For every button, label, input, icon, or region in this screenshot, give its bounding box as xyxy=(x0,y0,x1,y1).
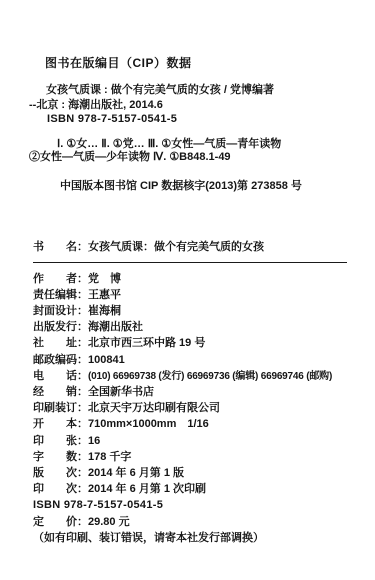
field-value: 海潮出版社 xyxy=(88,319,143,335)
field-label: 印刷装订： xyxy=(33,400,88,416)
colophon-row-price: 定 价：29.80 元 xyxy=(33,514,347,530)
field-label: 印 次： xyxy=(33,481,88,497)
divider-rule xyxy=(33,262,347,263)
field-value: 2014 年 6 月第 1 版 xyxy=(88,465,184,481)
field-label: 印 张： xyxy=(33,433,88,449)
colophon-row-printing-binding: 印刷装订：北京天宇万达印刷有限公司 xyxy=(33,400,347,416)
cip-isbn-line: ISBN 978-7-5157-0541-5 xyxy=(47,112,347,127)
colophon-row-cover-design: 封面设计：崔海桐 xyxy=(33,303,347,319)
field-label: 责任编辑： xyxy=(33,287,88,303)
isbn-line: ISBN 978-7-5157-0541-5 xyxy=(33,497,347,513)
field-value: 2014 年 6 月第 1 次印刷 xyxy=(88,481,206,497)
colophon-row-telephone: 电 话：(010) 66969738 (发行) 66969736 (编辑) 66… xyxy=(33,368,347,384)
cip-classification: Ⅰ. ①女… Ⅱ. ①党… Ⅲ. ①女性—气质—青年读物 ②女性—气质—少年读物… xyxy=(33,138,347,164)
field-label: 开 本： xyxy=(33,416,88,432)
colophon-row-sheets: 印 张：16 xyxy=(33,433,347,449)
field-value: 王惠平 xyxy=(88,287,121,303)
cip-description: 女孩气质课 : 做个有完美气质的女孩 / 党博编著 --北京 : 海潮出版社, … xyxy=(33,83,347,127)
field-value: 女孩气质课：做个有完美气质的女孩 xyxy=(88,239,264,255)
field-label: 作 者： xyxy=(33,271,88,287)
cip-header: 图书在版编目（CIP）数据 xyxy=(45,54,347,71)
colophon-row-publisher: 出版发行：海潮出版社 xyxy=(33,319,347,335)
colophon-row-format: 开 本：710mm×1000mm 1/16 xyxy=(33,416,347,432)
colophon-row-distribution: 经 销：全国新华书店 xyxy=(33,384,347,400)
colophon-row-address: 社 址：北京市西三环中路 19 号 xyxy=(33,335,347,351)
field-label: 邮政编码： xyxy=(33,352,88,368)
colophon-row-postcode: 邮政编码：100841 xyxy=(33,352,347,368)
field-value: 全国新华书店 xyxy=(88,384,154,400)
colophon-rows: 作 者：党 博 责任编辑：王惠平 封面设计：崔海桐 出版发行：海潮出版社 社 址… xyxy=(33,271,347,546)
field-value: 710mm×1000mm 1/16 xyxy=(88,416,209,432)
field-label: 定 价： xyxy=(33,514,88,530)
field-value: 100841 xyxy=(88,352,125,368)
field-value: 16 xyxy=(88,433,100,449)
colophon-row-author: 作 者：党 博 xyxy=(33,271,347,287)
field-label: 经 销： xyxy=(33,384,88,400)
field-label: 版 次： xyxy=(33,465,88,481)
field-label: 字 数： xyxy=(33,449,88,465)
cip-classification-line-1: Ⅰ. ①女… Ⅱ. ①党… Ⅲ. ①女性—气质—青年读物 xyxy=(57,138,347,151)
book-title-row: 书 名：女孩气质课：做个有完美气质的女孩 xyxy=(33,239,347,255)
cip-title-line: 女孩气质课 : 做个有完美气质的女孩 / 党博编著 xyxy=(46,83,347,98)
field-value: 北京天宇万达印刷有限公司 xyxy=(88,400,220,416)
colophon-row-edition: 版 次：2014 年 6 月第 1 版 xyxy=(33,465,347,481)
field-value: (010) 66969738 (发行) 66969736 (编辑) 669697… xyxy=(88,369,332,385)
colophon-row-editor: 责任编辑：王惠平 xyxy=(33,287,347,303)
field-value: 崔海桐 xyxy=(88,303,121,319)
field-value: 29.80 元 xyxy=(88,514,130,530)
cip-record-number: 中国版本图书馆 CIP 数据核字(2013)第 273858 号 xyxy=(60,177,347,193)
exchange-note: （如有印刷、装订错误，请寄本社发行部调换） xyxy=(33,530,347,546)
colophon-row-word-count: 字 数：178 千字 xyxy=(33,449,347,465)
cip-publisher-line: --北京 : 海潮出版社, 2014.6 xyxy=(29,98,347,113)
field-label: 封面设计： xyxy=(33,303,88,319)
field-label: 电 话： xyxy=(33,368,88,384)
field-value: 178 千字 xyxy=(88,449,131,465)
field-label: 社 址： xyxy=(33,335,88,351)
page-content: 图书在版编目（CIP）数据 女孩气质课 : 做个有完美气质的女孩 / 党博编著 … xyxy=(33,54,347,546)
field-value: 党 博 xyxy=(88,271,121,287)
field-value: 北京市西三环中路 19 号 xyxy=(88,335,205,351)
cip-classification-line-2: ②女性—气质—少年读物 Ⅳ. ①B848.1-49 xyxy=(29,151,347,164)
colophon-row-impression: 印 次：2014 年 6 月第 1 次印刷 xyxy=(33,481,347,497)
copyright-page: 图书在版编目（CIP）数据 女孩气质课 : 做个有完美气质的女孩 / 党博编著 … xyxy=(0,0,375,580)
field-label: 书 名： xyxy=(33,239,88,255)
field-label: 出版发行： xyxy=(33,319,88,335)
